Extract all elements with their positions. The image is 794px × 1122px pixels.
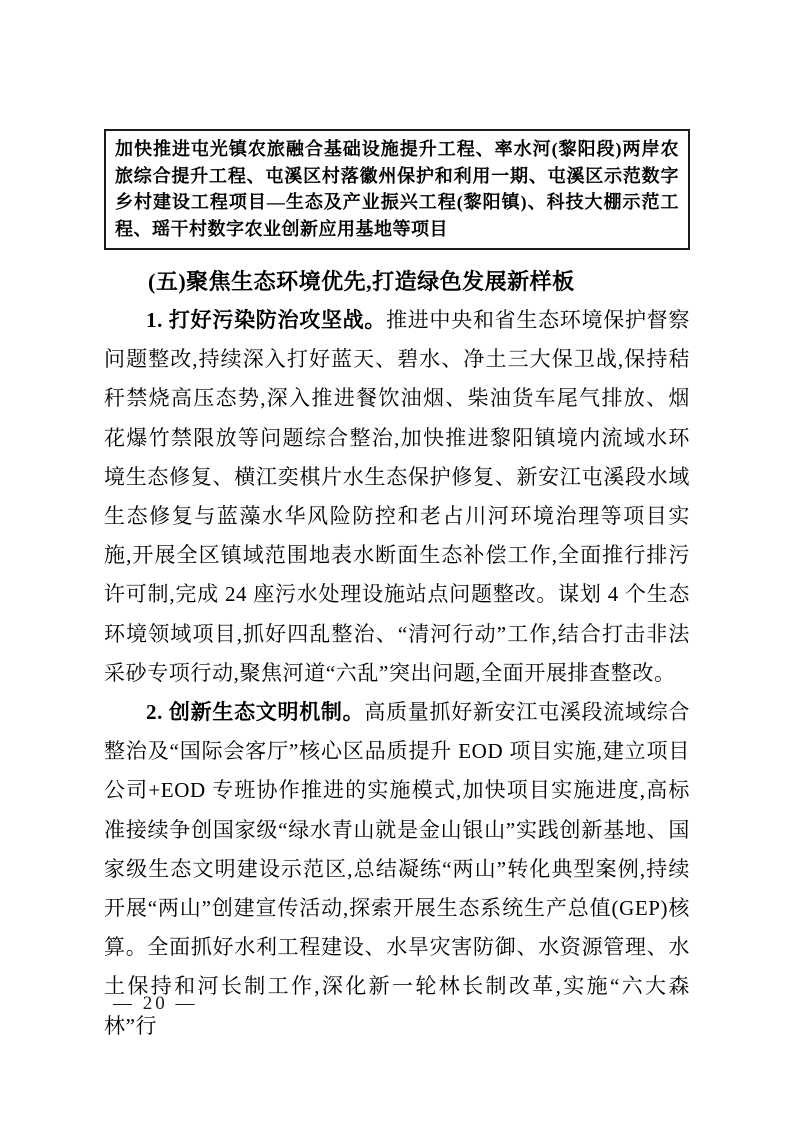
section-heading: (五)聚焦生态环境优先,打造绿色发展新样板 bbox=[104, 262, 690, 301]
page-content: 加快推进屯光镇农旅融合基础设施提升工程、率水河(黎阳段)两岸农旅综合提升工程、屯… bbox=[104, 129, 690, 1046]
paragraph-2-lead: 2. 创新生态文明机制。 bbox=[146, 700, 364, 724]
page-number: — 20 — bbox=[113, 993, 198, 1015]
paragraph-1-lead: 1. 打好污染防治攻坚战。 bbox=[146, 308, 386, 332]
paragraph-pollution-control: 1. 打好污染防治攻坚战。推进中央和省生态环境保护督察问题整改,持续深入打好蓝天… bbox=[104, 301, 690, 693]
project-list-box: 加快推进屯光镇农旅融合基础设施提升工程、率水河(黎阳段)两岸农旅综合提升工程、屯… bbox=[104, 129, 690, 250]
project-list-text: 加快推进屯光镇农旅融合基础设施提升工程、率水河(黎阳段)两岸农旅综合提升工程、屯… bbox=[115, 139, 679, 239]
paragraph-1-text: 推进中央和省生态环境保护督察问题整改,持续深入打好蓝天、碧水、净土三大保卫战,保… bbox=[104, 308, 690, 685]
paragraph-2-text: 高质量抓好新安江屯溪段流域综合整治及“国际会客厅”核心区品质提升 EOD 项目实… bbox=[104, 700, 690, 1038]
document-page: 加快推进屯光镇农旅融合基础设施提升工程、率水河(黎阳段)两岸农旅综合提升工程、屯… bbox=[0, 0, 794, 1122]
